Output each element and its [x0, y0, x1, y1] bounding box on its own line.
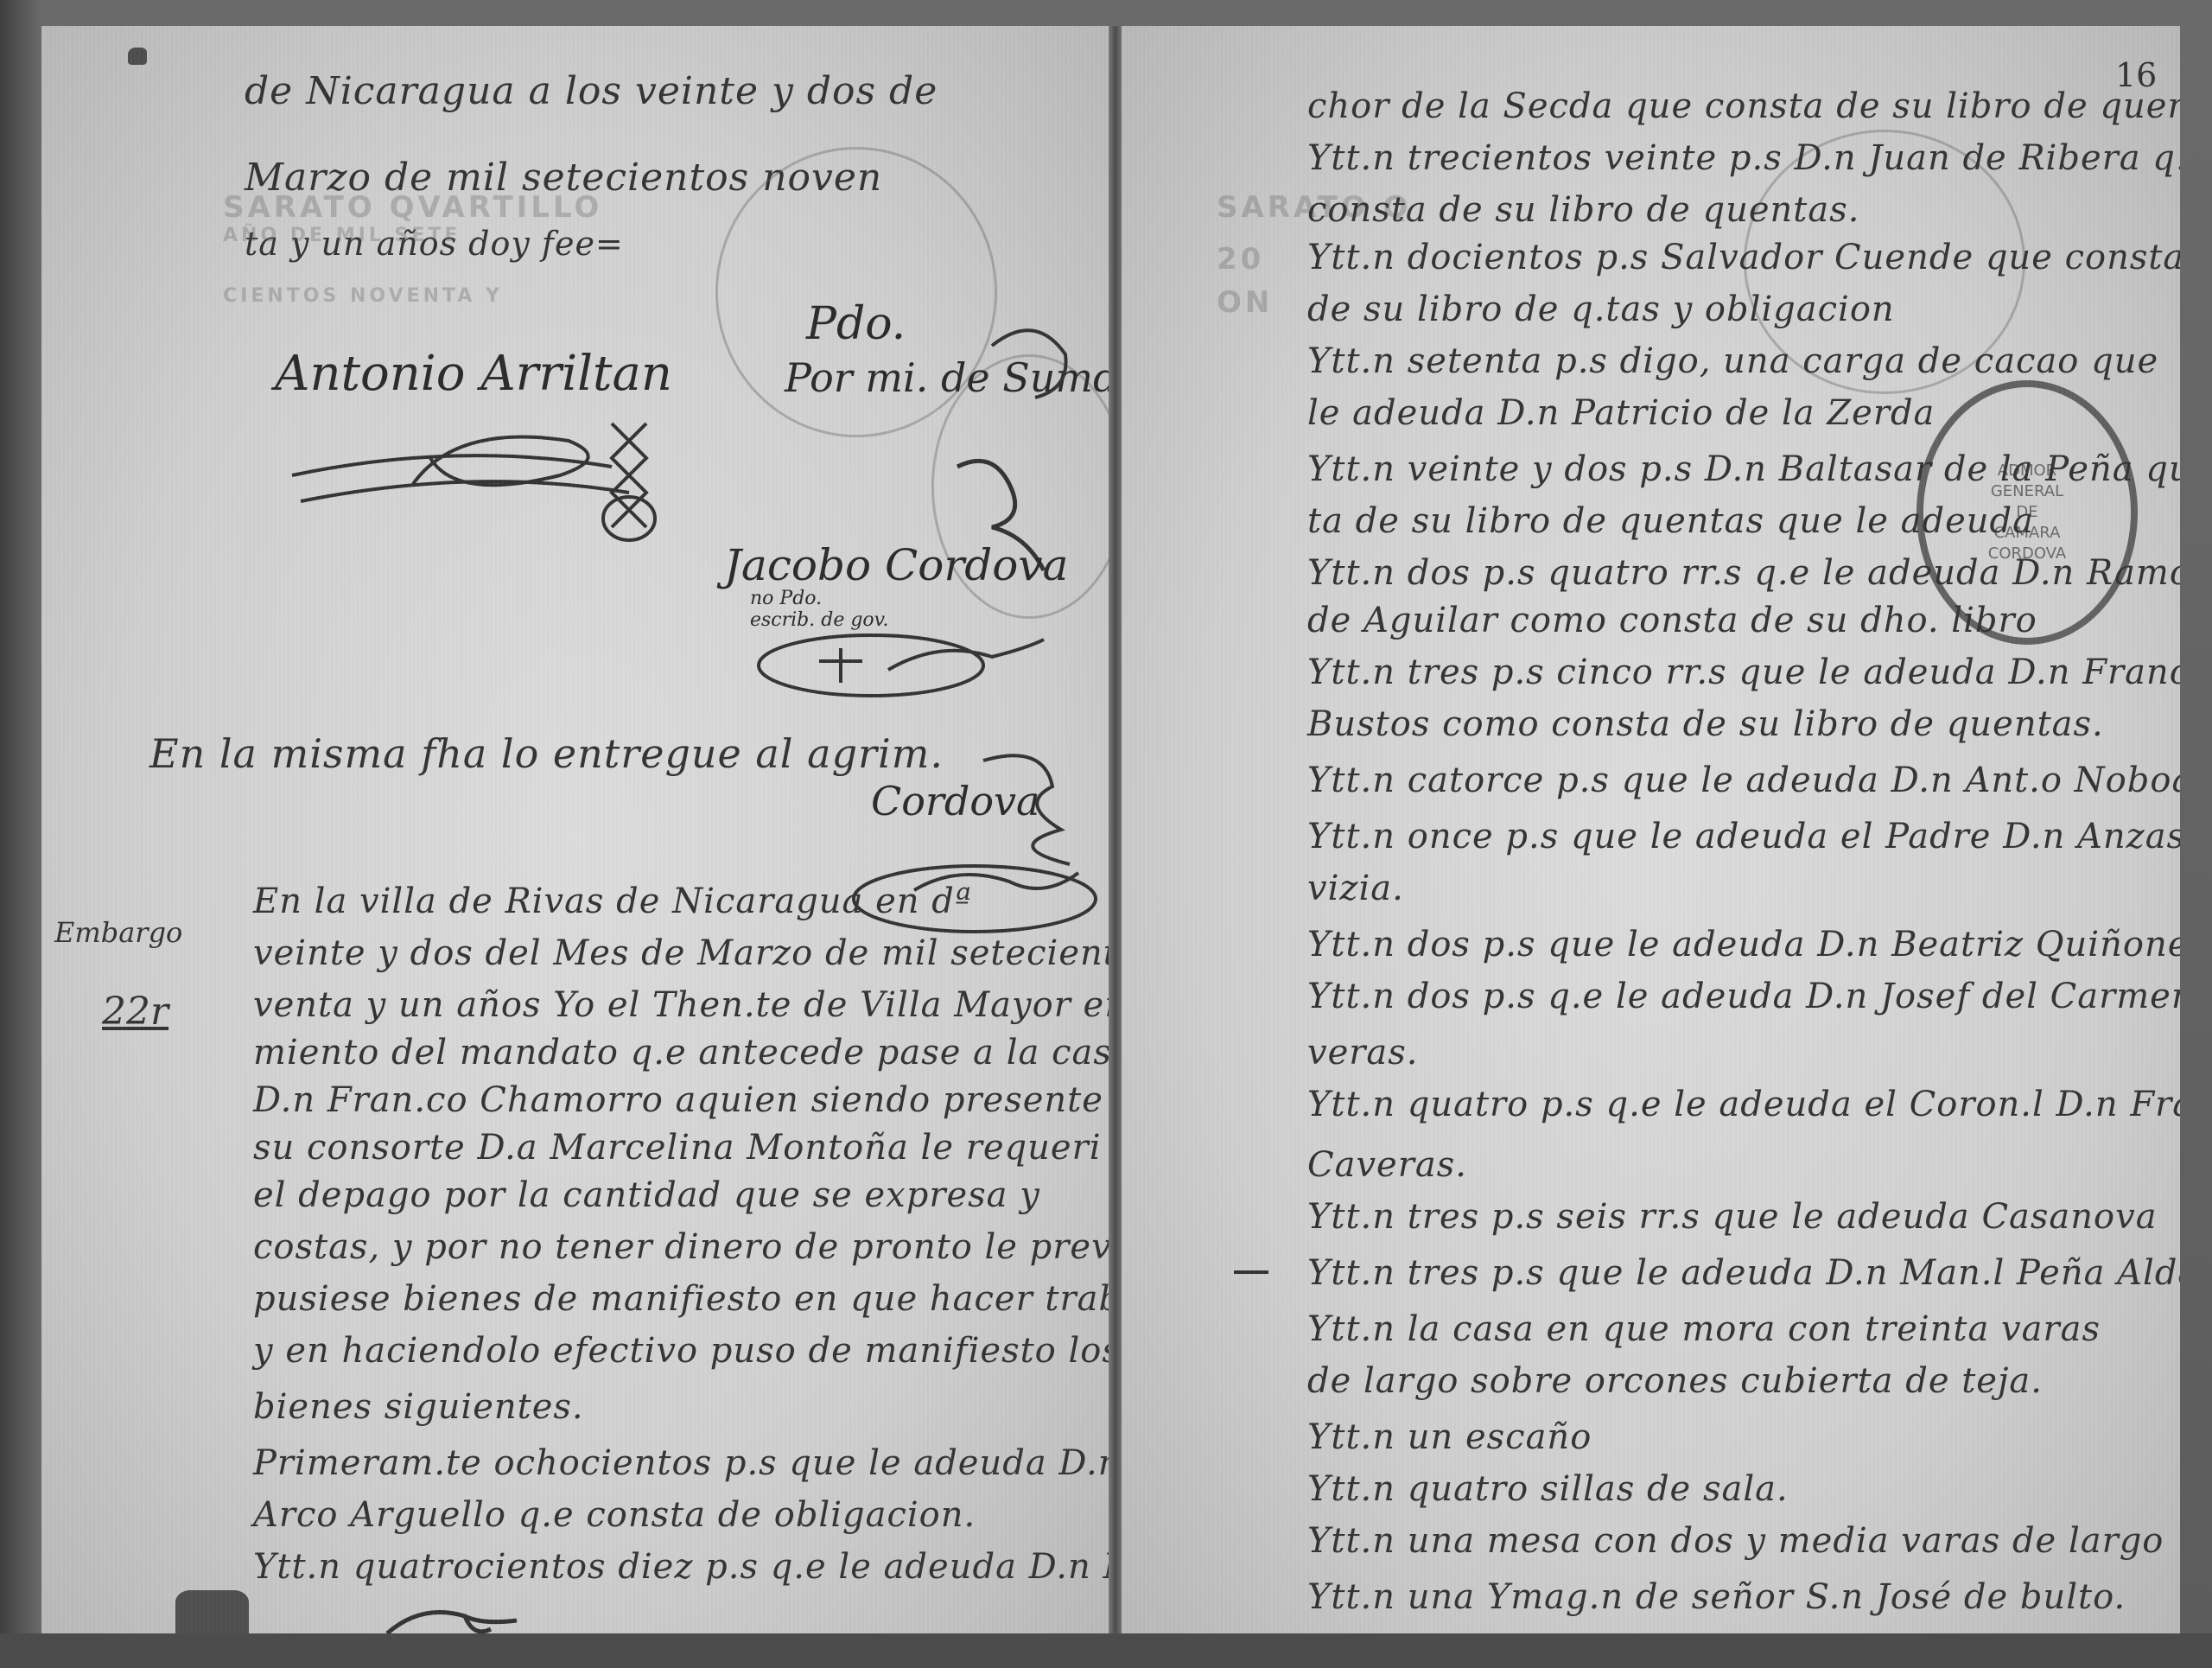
signature-second-heading: Pdo. [806, 298, 906, 350]
body-line-6: su consorte D.a Marcelina Montoña le req… [253, 1128, 1101, 1168]
faint-stamp-line-2: AÑO DE MIL SETE [223, 225, 461, 246]
right-line-14: Ytt.n catorce p.s que le adeuda D.n Ant.… [1307, 761, 2180, 800]
right-line-26: Ytt.n un escaño [1307, 1417, 1592, 1457]
signature-third-note-2: escrib. de gov. [750, 609, 889, 631]
left-edge-shadow [0, 0, 41, 1668]
opening-line-1: de Nicaragua a los veinte y dos de [245, 69, 938, 113]
signature-first: Antonio Arriltan [275, 346, 672, 402]
inventory-line-1: Primeram.te ochocientos p.s que le adeud… [253, 1443, 1119, 1483]
left-page: de Nicaragua a los veinte y dos de Marzo… [41, 26, 1119, 1651]
margin-note-amount: 22r [102, 990, 168, 1034]
right-line-1: chor de la Secda que consta de su libro … [1307, 86, 2180, 126]
right-line-13: Bustos como consta de su libro de quenta… [1307, 704, 2104, 744]
inventory-line-3: Ytt.n quatrocientos diez p.s q.e le adeu… [253, 1547, 1119, 1587]
right-line-7: le adeuda D.n Patricio de la Zerda [1307, 393, 1935, 433]
right-line-24: Ytt.n la casa en que mora con treinta va… [1307, 1309, 2101, 1349]
signature-third: Jacobo Cordova [724, 540, 1068, 590]
margin-dash [1234, 1270, 1268, 1274]
right-line-11: de Aguilar como consta de su dho. libro [1307, 601, 2037, 640]
body-line-10: y en haciendolo efectivo puso de manifie… [253, 1331, 1119, 1371]
margin-note-label: Embargo [54, 916, 182, 949]
right-line-5: de su libro de q.tas y obligacion [1307, 290, 1895, 329]
signature-third-note-1: no Pdo. [750, 588, 822, 609]
right-line-8: Ytt.n veinte y dos p.s D.n Baltasar de l… [1307, 449, 2180, 489]
body-line-4: miento del mandato q.e antecede pase a l… [253, 1033, 1119, 1073]
delivery-flourish-icon [966, 743, 1087, 873]
faint-stamp-line-1: SARATO QVARTILLO [223, 190, 602, 225]
right-line-9: ta de su libro de quentas que le adeuda [1307, 501, 2034, 541]
body-line-9: pusiese bienes de manifiesto en que hace… [253, 1279, 1119, 1319]
body-line-2: veinte y dos del Mes de Marzo de mil set… [253, 933, 1119, 973]
right-line-16: vizia. [1307, 869, 1404, 908]
right-line-17: Ytt.n dos p.s que le adeuda D.n Beatriz … [1307, 925, 2180, 965]
signature-flourish-icon [283, 406, 733, 544]
right-line-28: Ytt.n una mesa con dos y media varas de … [1307, 1521, 2164, 1561]
right-faint-stamp-3: ON [1217, 285, 1273, 320]
bottom-shadow [0, 1633, 2212, 1668]
right-line-22: Ytt.n tres p.s seis rr.s que le adeuda C… [1307, 1197, 2158, 1237]
body-line-5: D.n Fran.co Chamorro aquien siendo prese… [253, 1080, 1119, 1120]
right-faint-stamp-2: 20 [1217, 242, 1264, 277]
right-page: 16 SARATO Q 20 ON ADMOR GENERAL DE CAMAR… [1122, 26, 2180, 1651]
right-line-21: Caveras. [1307, 1145, 1467, 1185]
body-line-7: el depago por la cantidad que se expresa… [253, 1175, 1040, 1215]
right-line-3: consta de su libro de quentas. [1307, 190, 1859, 230]
right-line-25: de largo sobre orcones cubierta de teja. [1307, 1361, 2043, 1401]
signature-second-flourish-icon [983, 320, 1078, 406]
right-line-27: Ytt.n quatro sillas de sala. [1307, 1469, 1789, 1509]
ink-blot [128, 48, 147, 65]
delivery-note: En la misma fha lo entregue al agrim. [149, 730, 944, 777]
right-line-12: Ytt.n tres p.s cinco rr.s que le adeuda … [1307, 653, 2180, 692]
body-line-1: En la villa de Rivas de Nicaragua en dª [253, 882, 972, 921]
right-line-29: Ytt.n una Ymag.n de señor S.n José de bu… [1307, 1577, 2126, 1617]
right-line-23: Ytt.n tres p.s que le adeuda D.n Man.l P… [1307, 1253, 2180, 1293]
right-line-15: Ytt.n once p.s que le adeuda el Padre D.… [1307, 817, 2180, 856]
right-line-6: Ytt.n setenta p.s digo, una carga de cac… [1307, 341, 2158, 381]
right-line-20: Ytt.n quatro p.s q.e le adeuda el Coron.… [1307, 1085, 2180, 1124]
right-line-4: Ytt.n docientos p.s Salvador Cuende que … [1307, 238, 2180, 277]
right-line-10: Ytt.n dos p.s quatro rr.s q.e le adeuda … [1307, 553, 2180, 593]
body-line-11: bienes siguientes. [253, 1387, 584, 1427]
body-line-8: costas, y por no tener dinero de pronto … [253, 1227, 1119, 1267]
right-line-18: Ytt.n dos p.s q.e le adeuda D.n Josef de… [1307, 977, 2180, 1016]
right-line-2: Ytt.n trecientos veinte p.s D.n Juan de … [1307, 138, 2180, 178]
right-line-19: veras. [1307, 1033, 1418, 1073]
book-gutter [1109, 26, 1122, 1651]
body-line-3: venta y un años Yo el Then.te de Villa M… [253, 985, 1119, 1025]
faint-stamp-line-3: CIENTOS NOVENTA Y [223, 285, 503, 307]
inventory-line-2: Arco Arguello q.e consta de obligacion. [253, 1495, 976, 1535]
